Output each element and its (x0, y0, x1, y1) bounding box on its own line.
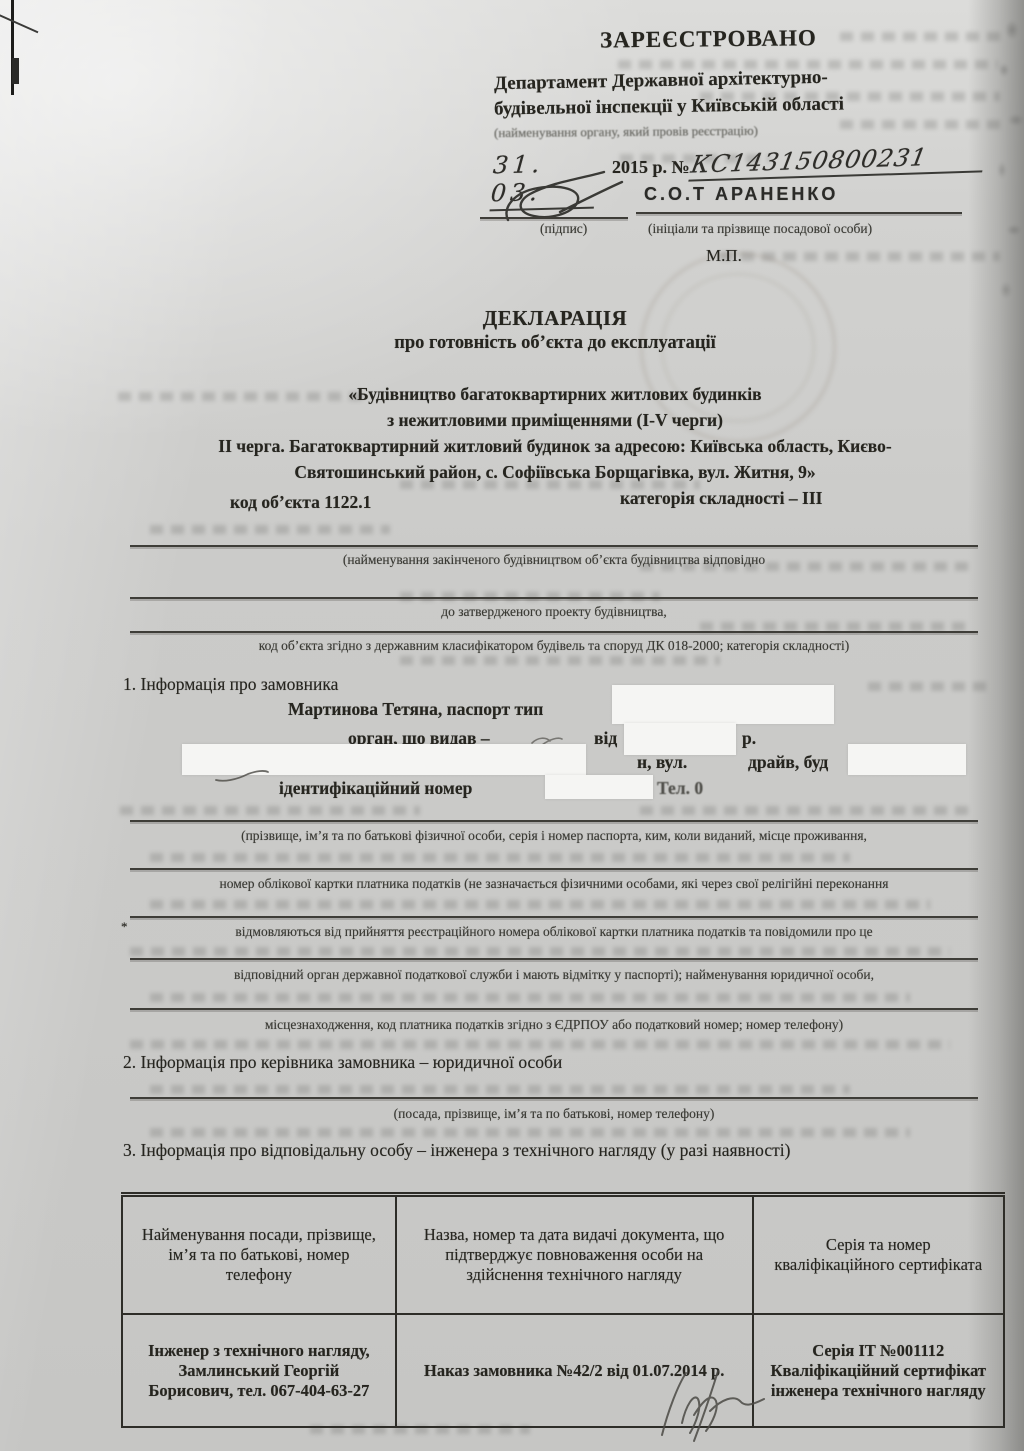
issued-from-label: від (594, 728, 617, 749)
form-line (130, 916, 978, 918)
bleed-line (120, 806, 420, 815)
object-description-line3: ІІ черга. Багатоквартирний житловий буди… (100, 436, 1010, 457)
form-line (130, 820, 978, 822)
signature-caption: (підпис) (540, 221, 587, 237)
bleed-line (130, 947, 950, 956)
bleed-line (130, 1040, 950, 1049)
year-abbrev: р. (742, 728, 756, 749)
section1-caption-3: відмовляються від прийняття реєстраційно… (130, 924, 978, 940)
bleed-line (150, 993, 910, 1002)
official-signature (500, 168, 650, 228)
object-description-line4: Святошинський район, с. Софіївська Борща… (120, 462, 990, 483)
phone-label: Тел. 0 (657, 778, 703, 799)
object-caption-2: до затвердженого проекту будівництва, (130, 604, 978, 620)
bleed-line (150, 1128, 910, 1137)
declaration-subtitle: про готовність об’єкта до експлуатації (120, 333, 990, 354)
form-line (130, 597, 978, 599)
object-description-line2: з нежитловими приміщеннями (I-V черги) (120, 410, 990, 431)
scanned-declaration-page: ЗАРЕЄСТРОВАНО Департамент Державної архі… (0, 0, 1024, 1451)
registration-authority-line1: Департамент Державної архітектурно- (494, 67, 828, 95)
bleed-line (640, 806, 970, 815)
redaction-box (545, 775, 653, 799)
section2-caption: (посада, прізвище, ім’я та по батькові, … (130, 1106, 978, 1122)
staple-mark-arm (0, 13, 38, 34)
technical-supervisor-table: Найменування посади, прізвище, ім’я та п… (121, 1192, 1005, 1428)
bleed-line (150, 525, 390, 534)
official-name-line (636, 212, 962, 214)
section1-caption-4: відповідний орган державної податкової с… (130, 967, 978, 983)
official-name-caption: (ініціали та прізвище посадової особи) (648, 221, 872, 237)
form-line (130, 631, 978, 633)
section-3-heading: 3. Інформація про відповідальну особу – … (123, 1140, 790, 1161)
section1-caption-2: номер облікової картки платника податків… (130, 876, 978, 892)
address-fragment-b: драйв, буд (748, 752, 828, 773)
supervisor-signature (648, 1363, 808, 1448)
section-1-heading: 1. Інформація про замовника (123, 674, 338, 695)
complexity-category: категорія складності – ІІІ (620, 488, 822, 509)
bleed-line (150, 853, 850, 862)
bleed-line (150, 1085, 850, 1094)
table-header-position: Найменування посади, прізвище, ім’я та п… (122, 1195, 396, 1315)
bleed-line (700, 622, 970, 631)
object-caption-1: (найменування закінченого будівництвом о… (130, 552, 978, 568)
official-name-stamp: С.О.Т АРАНЕНКО (644, 184, 838, 205)
form-line (130, 545, 978, 547)
bleed-line (840, 120, 1005, 129)
form-line (130, 958, 978, 960)
footnote-marker: * (121, 919, 128, 935)
section1-caption-1: (прізвище, ім’я та по батькові фізичної … (130, 828, 978, 844)
form-line (130, 1008, 978, 1010)
object-caption-3: код об’єкта згідно з державним класифіка… (130, 638, 978, 654)
signature-line (480, 217, 628, 219)
bleed-line (150, 900, 930, 909)
section-2-heading: 2. Інформація про керівника замовника – … (123, 1052, 562, 1073)
table-header-certificate: Серія та номер кваліфікаційного сертифік… (753, 1195, 1004, 1315)
registration-authority-line2: будівельної інспекції у Київській област… (494, 94, 844, 121)
bleed-line (868, 682, 988, 691)
table-cell-position: Інженер з технічного нагляду, Замлинськи… (122, 1314, 396, 1427)
registration-number-handwritten: КС143150800231 (688, 141, 987, 181)
redaction-box (624, 723, 736, 755)
seal-mark: М.П. (706, 246, 742, 266)
identification-number-label: ідентифікаційний номер (279, 778, 472, 799)
form-line (130, 868, 978, 870)
registration-authority-caption: (найменування органу, який провів реєстр… (494, 123, 758, 141)
table-header-document: Назва, номер та дата видачі документа, щ… (396, 1195, 753, 1315)
object-description-line1: «Будівництво багатоквартирних житлових б… (120, 384, 990, 405)
table-row: Інженер з технічного нагляду, Замлинськи… (122, 1314, 1004, 1427)
form-line (130, 1097, 978, 1099)
bleed-line (400, 656, 720, 665)
staple-mark-blob (12, 58, 19, 84)
address-fragment-a: н, вул. (637, 752, 687, 773)
redaction-box (848, 744, 966, 775)
registered-stamp-title: ЗАРЕЄСТРОВАНО (600, 25, 880, 54)
table-header-row: Найменування посади, прізвище, ім’я та п… (122, 1195, 1004, 1315)
customer-name-passport: Мартинова Тетяна, паспорт тип (288, 699, 543, 720)
object-code: код об’єкта 1122.1 (230, 492, 371, 513)
declaration-title: ДЕКЛАРАЦІЯ (120, 306, 990, 331)
handwriting-fragment (214, 766, 270, 784)
redaction-box (612, 685, 834, 724)
section1-caption-5: місцезнаходження, код платника податків … (130, 1017, 978, 1033)
